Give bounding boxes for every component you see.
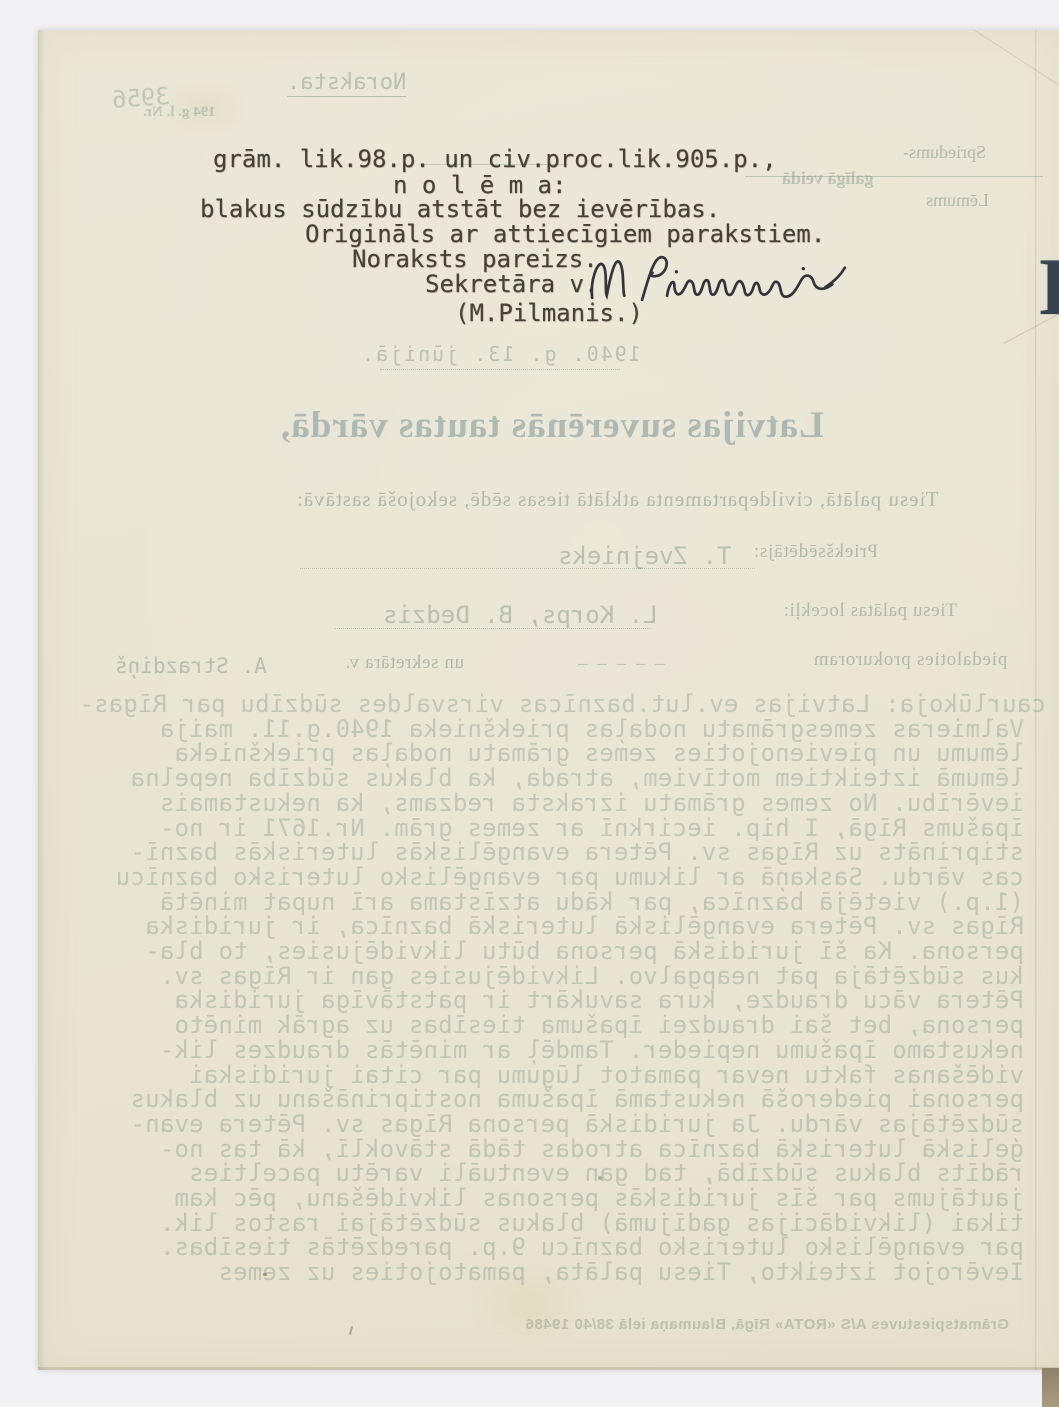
typed-law-reference-line: grām. lik.98.p. un civ.proc.lik.905.p., <box>213 146 777 172</box>
showthrough-body-line: vidēšanas faktu nevar pamatot lūgumu par… <box>38 1063 1046 1088</box>
showthrough-members-leader <box>335 627 650 629</box>
showthrough-body-text: caurlūkoja: Latvijas ev.lut.baznīcas vir… <box>38 692 1046 1285</box>
showthrough-body-line: lēmumā izteiktiem motīviem, atrada, ka b… <box>38 766 1046 791</box>
showthrough-court-line: Tiesu palātā, civildepartamenta atklātā … <box>296 487 938 512</box>
showthrough-body-line: par evangēlisko luterisko baznīcu 9.p. p… <box>38 1235 1046 1260</box>
showthrough-year-line: 194 g. l. Nr. <box>143 104 216 121</box>
showthrough-printer-imprint: Grāmatspiestuves A/S «ROTA» Rīgā, Blauma… <box>525 1316 1009 1333</box>
showthrough-body-line: personai piederošā nekustamā īpašuma nos… <box>38 1087 1046 1112</box>
showthrough-body-line: ģeliskā luteriskā baznīca atrodas tādā s… <box>38 1137 1046 1162</box>
showthrough-body-line: Rīgas sv. Pētera evangēliskā luteriskā b… <box>38 914 1046 939</box>
showthrough-body-line: persona, bet šai draudzei īpašuma tiesīb… <box>38 1013 1046 1038</box>
showthrough-chairman-name: T. Zvejnieks <box>558 542 731 570</box>
document-page: Noraksta. 3956 194 g. l. Nr. Spriedums- … <box>38 30 1059 1370</box>
page-bottom-edge <box>38 1367 1059 1370</box>
diagonal-crease-top <box>921 30 1059 122</box>
showthrough-chairman-leader <box>300 567 755 569</box>
showthrough-prosecutor-dashes: — — — — — <box>578 654 665 673</box>
typed-copy-correct-line: Noraksts pareizs. <box>352 246 598 272</box>
showthrough-members-names: L. Korps, B. Dedzis <box>383 601 658 629</box>
showthrough-body-line: tikai (likvidācijas gadījumā) blakus sūd… <box>38 1211 1046 1236</box>
showthrough-body-line: īpašums Rīgā, I hip. iecirknī ar zemes g… <box>38 816 1046 841</box>
typed-name-in-parens: (M.Pilmanis.) <box>455 300 643 326</box>
paper-speck <box>349 1326 353 1335</box>
showthrough-date-underline <box>380 368 620 370</box>
showthrough-body-line: stiprināts uz Rīgas sv. Pētera evangēlis… <box>38 840 1046 865</box>
showthrough-body-line: caurlūkoja: Latvijas ev.lut.baznīcas vir… <box>38 692 1046 717</box>
showthrough-spriedums-label: Spriedums- <box>903 142 986 163</box>
showthrough-body-line: sūdzētājas vārdu. Ja juridiskā persona R… <box>38 1112 1046 1137</box>
showthrough-body-line: persona. Ka šī juridiskā persona būtu li… <box>38 939 1046 964</box>
showthrough-body-line: Pētera vācu draudze, kura savukārt ir pa… <box>38 988 1046 1013</box>
showthrough-body-line: lēmumu un pievienojoties zemes grāmatu n… <box>38 741 1046 766</box>
showthrough-prosecutor-label: piedaloties prokuroram <box>813 649 1007 671</box>
scan-background: { "front": { "line1": "grām. lik.98.p. u… <box>0 0 1059 1407</box>
showthrough-members-label: Tiesu palātas locekļi: <box>783 600 957 622</box>
underlying-sheet-corner <box>1042 1368 1059 1407</box>
showthrough-body-line: kus sūdzētāja pat neapgalvo. Likvidējusi… <box>38 964 1046 989</box>
showthrough-lemums-label: Lēmums <box>926 190 989 211</box>
showthrough-body-line: ievērību. No zemes grāmatu izraksta redz… <box>38 791 1046 816</box>
showthrough-body-line: (1.p.) vietējā baznīca, par kādu atzīsta… <box>38 890 1046 915</box>
showthrough-secretary-name: A. Strazdiņš <box>115 654 267 678</box>
showthrough-body-line: Valmieras zemesgrāmatu nodaļas priekšnie… <box>38 717 1046 742</box>
showthrough-body-line: Ievērojot izteikto, Tiesu palāta, pamato… <box>38 1260 1046 1285</box>
showthrough-date-line: 1940. g. 13. jūnijā. <box>360 342 641 366</box>
typed-ruling-line: blakus sūdzību atstāt bez ievērības. <box>200 196 720 222</box>
showthrough-title: Latvijas suverēnās tautas vārdā, <box>280 404 824 447</box>
showthrough-body-line: nekustamo īpašumu nepieder. Tamdēļ ar mi… <box>38 1038 1046 1063</box>
showthrough-body-line: rādīts blakus sūdzībā, tad gan eventuāli… <box>38 1161 1046 1186</box>
showthrough-galiga-veida-label: galīgā veidā <box>782 168 874 189</box>
showthrough-noraksta: Noraksta. <box>287 70 406 97</box>
showthrough-chairman-label: Priekšsēdētājs: <box>753 541 878 563</box>
showthrough-body-line: cas vārdu. Saskaņā ar likumu par evangēl… <box>38 865 1046 890</box>
typed-secretary-line: Sekretāra v. <box>425 271 598 297</box>
adjacent-page-letter: I <box>1038 242 1059 332</box>
showthrough-secretary-label: un sekretāra v. <box>345 652 464 674</box>
showthrough-body-line: jautājums par šīs juridiskās personas li… <box>38 1186 1046 1211</box>
